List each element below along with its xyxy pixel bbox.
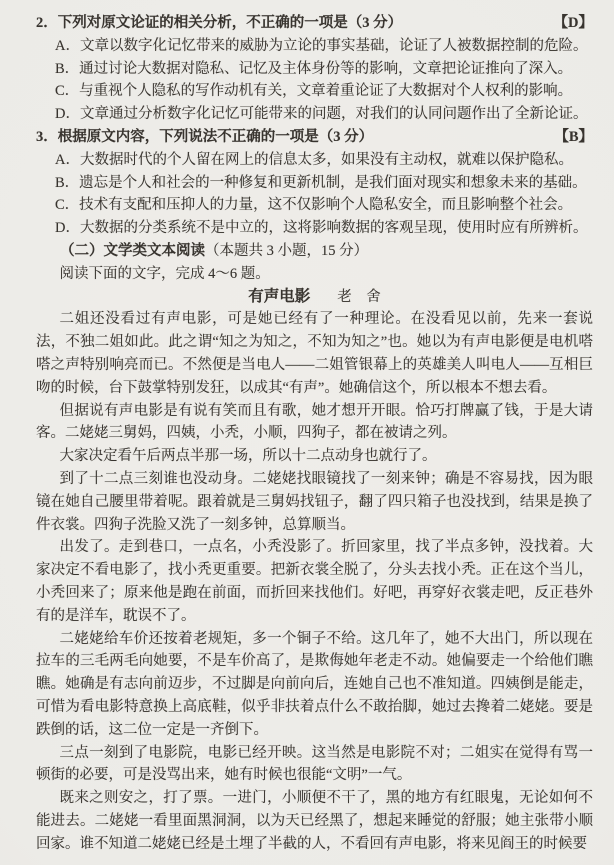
question-3-stem: 3．根据原文内容，下列说法不正确的一项是（3 分） [36,126,554,149]
question-2-stem: 2．下列对原文论证的相关分析，不正确的一项是（3 分） [36,12,554,35]
page-content: 2．下列对原文论证的相关分析，不正确的一项是（3 分） 【D】 A．文章以数字化… [36,12,593,855]
reading-instruction: 阅读下面的文字，完成 4～6 题。 [36,263,593,286]
question-3-answer-marker: 【B】 [554,126,593,149]
question-3: 3．根据原文内容，下列说法不正确的一项是（3 分） 【B】 [36,126,593,149]
section-heading-note: （本题共 3 小题，15 分） [205,243,368,259]
story-paragraph-3: 大家决定看午后两点半那一场，所以十二点动身也就行了。 [36,445,593,468]
question-3-option-d: D．大数据的分类系统不是中立的，这将影响数据的客观呈现，使用时应有所辨析。 [36,217,593,240]
story-paragraph-7: 三点一刻到了电影院，电影已经开映。这当然是电影院不对；二姐实在觉得有骂一顿街的必… [36,742,593,788]
question-2: 2．下列对原文论证的相关分析，不正确的一项是（3 分） 【D】 [36,12,593,35]
question-2-option-a: A．文章以数字化记忆带来的威胁为立论的事实基础，论证了人被数据控制的危险。 [36,35,593,58]
question-3-option-a: A．大数据时代的个人留在网上的信息太多，如果没有主动权，就难以保护隐私。 [36,149,593,172]
question-3-option-c: C．技术有支配和压抑人的力量，这不仅影响个人隐私安全，而且影响整个社会。 [36,194,593,217]
exam-page: 2．下列对原文论证的相关分析，不正确的一项是（3 分） 【D】 A．文章以数字化… [0,0,614,865]
story-paragraph-5: 出发了。走到巷口，一点名，小秃没影了。折回家里，找了半点多钟，没找着。大家决定不… [36,536,593,627]
story-paragraph-4: 到了十二点三刻谁也没动身。二姥姥找眼镜找了一刻来钟；确是不容易找，因为眼镜在她自… [36,468,593,536]
section-heading-title: （二）文学类文本阅读 [60,243,205,259]
story-title: 有声电影 [248,288,310,305]
question-2-option-b: B．通过讨论大数据对隐私、记忆及主体身份等的影响，文章把论证推向了深入。 [36,58,593,81]
question-3-option-b: B．遗忘是个人和社会的一种修复和更新机制，是我们面对现实和想象未来的基础。 [36,172,593,195]
story-paragraph-6: 二姥姥给车价还按着老规矩，多一个铜子不给。这几年了，她不大出门，所以现在拉车的三… [36,628,593,742]
story-title-line: 有声电影老 舍 [36,286,593,309]
story-paragraph-1: 二姐还没看过有声电影，可是她已经有了一种理论。在没看见以前，先来一套说法，不独二… [36,308,593,399]
question-2-option-c: C．与重视个人隐私的写作动机有关，文章着重论证了大数据对个人权利的影响。 [36,80,593,103]
story-paragraph-2: 但据说有声电影是有说有笑而且有歌，她才想开开眼。恰巧打牌赢了钱，于是大请客。二姥… [36,400,593,446]
section-heading: （二）文学类文本阅读（本题共 3 小题，15 分） [36,240,593,263]
story-author: 老 舍 [337,289,381,305]
story-paragraph-8: 既来之则安之，打了票。一进门，小顺便不干了，黑的地方有红眼鬼，无论如何不能进去。… [36,787,593,855]
question-2-option-d: D．文章通过分析数字化记忆可能带来的问题，对我们的认同问题作出了全新论证。 [36,103,593,126]
question-2-answer-marker: 【D】 [554,12,593,35]
